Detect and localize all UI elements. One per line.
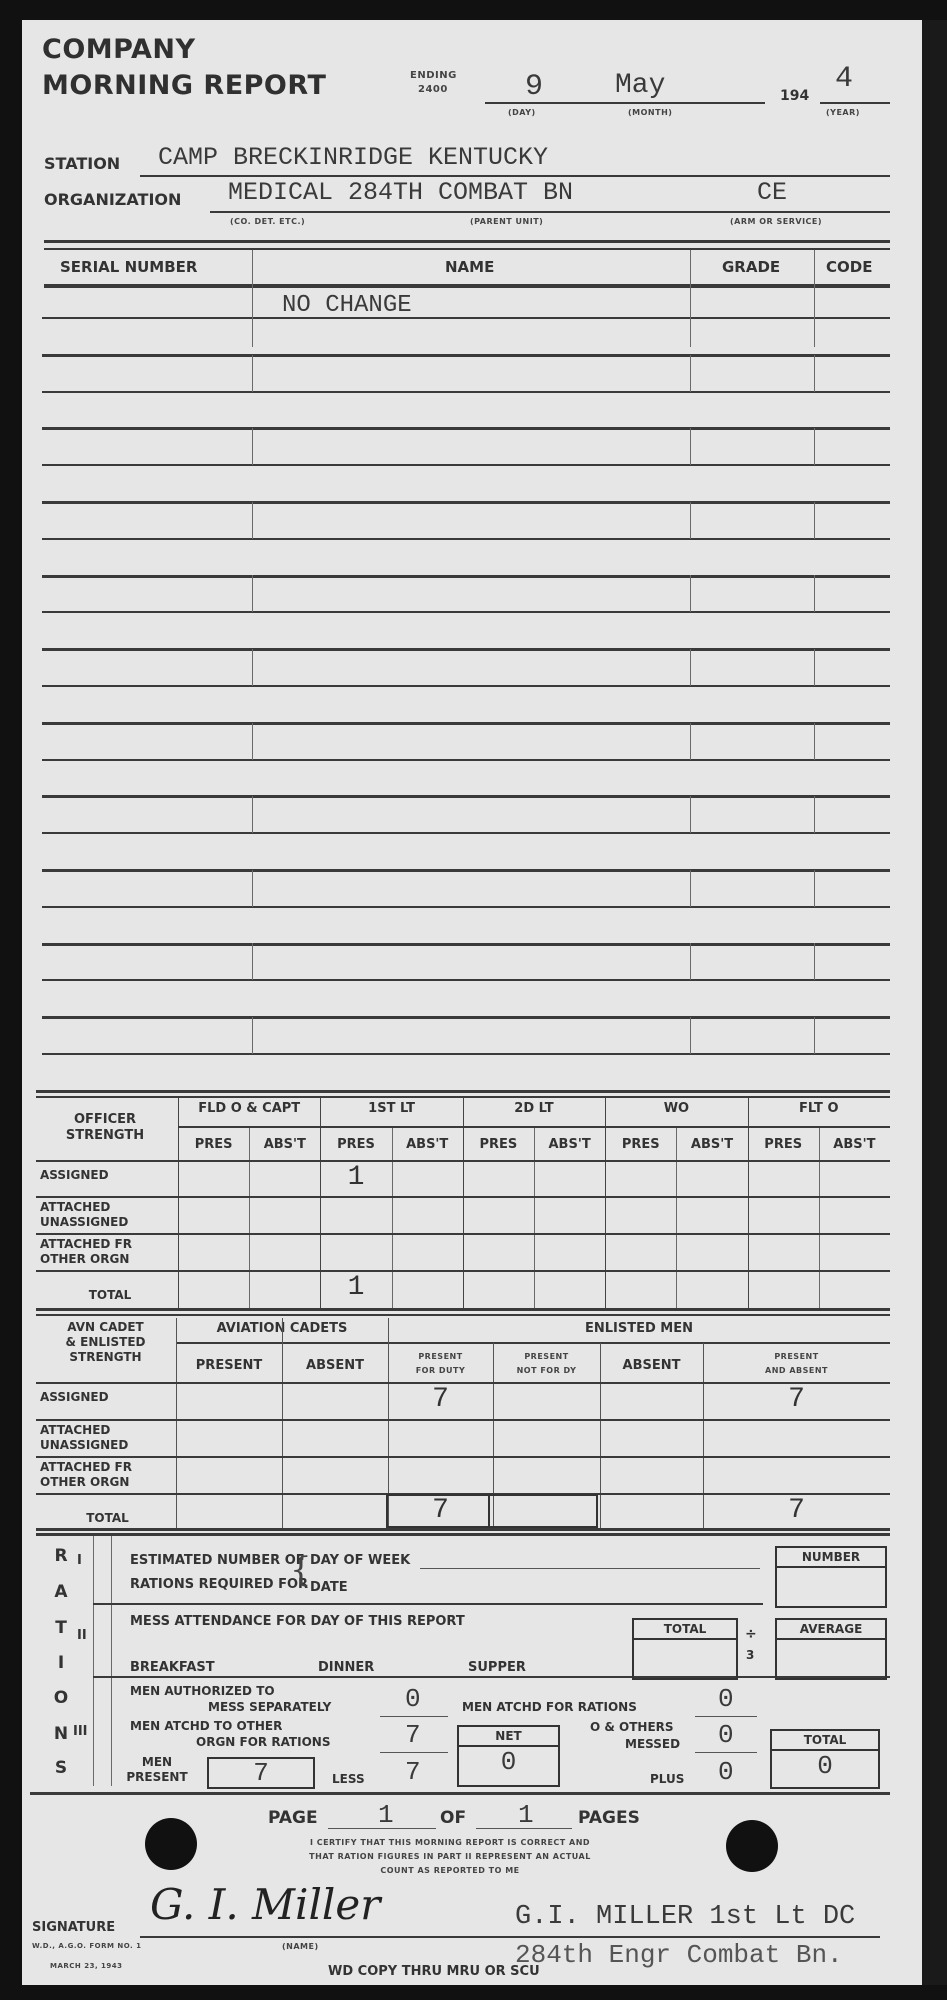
enlisted-col-header: PRESENT	[176, 1358, 282, 1374]
number-box[interactable]: NUMBER	[775, 1546, 887, 1608]
men-atchd-other-value[interactable]: 7	[405, 1720, 421, 1750]
copy-note: WD COPY THRU MRU OR SCU	[328, 1964, 540, 1979]
form-date: MARCH 23, 1943	[50, 1962, 123, 1970]
officer-strength-title: OFFICER STRENGTH	[40, 1112, 170, 1144]
officer-cell[interactable]	[392, 1235, 463, 1269]
header-rule-1	[44, 240, 890, 243]
men-present-2: PRESENT	[112, 1770, 202, 1785]
officer-cell[interactable]	[534, 1198, 605, 1232]
officer-cell[interactable]	[605, 1198, 676, 1232]
punch-hole-right	[726, 1820, 778, 1872]
certify-line-2: THAT RATION FIGURES IN PART II REPRESENT…	[230, 1850, 670, 1864]
net-label: NET	[459, 1727, 558, 1747]
men-auth-1: MEN AUTHORIZED TO	[130, 1684, 275, 1698]
enlisted-col-header: ABSENT	[282, 1358, 388, 1374]
enlisted-men-header: ENLISTED MEN	[388, 1321, 890, 1336]
officer-row-label: ATTACHED FROTHER ORGN	[40, 1237, 180, 1267]
signature-line	[140, 1936, 880, 1938]
men-auth-2: MESS SEPARATELY	[208, 1700, 331, 1714]
station-line	[140, 175, 890, 177]
officer-cell[interactable]	[392, 1162, 463, 1196]
enlisted-row-label: ASSIGNED	[40, 1390, 175, 1405]
officer-cell[interactable]	[320, 1235, 391, 1269]
rations-side-letter: N	[36, 1724, 86, 1744]
officer-cell[interactable]	[819, 1272, 890, 1306]
rations-side-letter: O	[36, 1688, 86, 1708]
roster-row[interactable]	[42, 321, 890, 355]
enlisted-cell[interactable]	[388, 1421, 493, 1455]
total-present-notdy-box	[488, 1494, 598, 1528]
officer-cell[interactable]	[748, 1272, 819, 1306]
roster-row[interactable]	[42, 505, 890, 539]
year-line	[820, 102, 890, 104]
officer-row-label: ATTACHEDUNASSIGNED	[40, 1200, 180, 1230]
officer-cell[interactable]	[748, 1162, 819, 1196]
mess-total-label: TOTAL	[634, 1620, 736, 1640]
part1-text-1: ESTIMATED NUMBER OF	[130, 1553, 305, 1568]
year-caption: (YEAR)	[826, 108, 860, 117]
rations-side-letter: R	[36, 1546, 86, 1566]
roster-row[interactable]	[42, 726, 890, 760]
enlisted-cell[interactable]	[703, 1458, 890, 1492]
roster-row[interactable]	[42, 542, 890, 576]
total-box-value: 0	[772, 1751, 878, 1781]
men-atchd-other-1: MEN ATCHD TO OTHER	[130, 1719, 282, 1733]
page-number[interactable]: 1	[378, 1800, 394, 1830]
officer-cell[interactable]	[534, 1235, 605, 1269]
roster-row[interactable]	[42, 468, 890, 502]
month-caption: (MONTH)	[628, 108, 672, 117]
roster-row[interactable]	[42, 983, 890, 1017]
enlisted-cell[interactable]	[176, 1495, 282, 1529]
supper-label: SUPPER	[468, 1660, 526, 1675]
officer-cell[interactable]	[463, 1198, 534, 1232]
roster-row[interactable]	[42, 689, 890, 723]
date-label: DATE	[310, 1580, 348, 1595]
officer-cell[interactable]	[748, 1198, 819, 1232]
men-auth-line	[380, 1716, 448, 1717]
enlisted-cell[interactable]	[600, 1458, 703, 1492]
officer-cell[interactable]	[320, 1198, 391, 1232]
enlisted-cell[interactable]: 7	[703, 1495, 890, 1529]
officer-cell[interactable]	[534, 1162, 605, 1196]
station-label: STATION	[44, 154, 120, 173]
pages-label: PAGES	[578, 1808, 640, 1828]
year-digit[interactable]: 4	[835, 62, 853, 96]
certification-text: I CERTIFY THAT THIS MORNING REPORT IS CO…	[230, 1836, 670, 1878]
officer-sub-header: PRES	[463, 1137, 534, 1152]
men-atchd-rations-line	[695, 1716, 757, 1717]
part2-title: MESS ATTENDANCE FOR DAY OF THIS REPORT	[130, 1614, 465, 1629]
total-box[interactable]: TOTAL 0	[770, 1729, 880, 1789]
average-box[interactable]: AVERAGE	[775, 1618, 887, 1680]
enlisted-col-header: PRESENTNOT FOR DY	[493, 1350, 600, 1378]
col-name: NAME	[445, 258, 494, 276]
officer-cell[interactable]	[249, 1198, 320, 1232]
certify-line-3: COUNT AS REPORTED TO ME	[230, 1864, 670, 1878]
enlisted-row-label: TOTAL	[40, 1511, 175, 1526]
roster-row[interactable]	[42, 394, 890, 428]
organization-label: ORGANIZATION	[44, 190, 181, 209]
officer-cell[interactable]	[676, 1235, 747, 1269]
part1-rule	[93, 1603, 763, 1605]
o-others-1: O & OTHERS	[590, 1720, 674, 1734]
officer-group-header: FLT O	[748, 1101, 890, 1116]
col-grade: GRADE	[722, 258, 780, 276]
divide-by: 3	[746, 1648, 754, 1662]
officer-cell[interactable]	[178, 1235, 249, 1269]
organization-line	[210, 211, 890, 213]
page-total[interactable]: 1	[518, 1800, 534, 1830]
organization-value[interactable]: MEDICAL 284TH COMBAT BN	[228, 178, 573, 207]
roster-row[interactable]	[42, 615, 890, 649]
enlisted-row-label: ATTACHED FROTHER ORGN	[40, 1460, 175, 1490]
enlisted-cell[interactable]	[282, 1384, 388, 1418]
officer-cell[interactable]	[676, 1198, 747, 1232]
officer-cell[interactable]	[392, 1198, 463, 1232]
day-of-week-line	[420, 1568, 760, 1569]
enlisted-cell[interactable]	[176, 1458, 282, 1492]
men-present-1: MEN	[112, 1755, 202, 1770]
officer-cell[interactable]	[819, 1162, 890, 1196]
less-value[interactable]: 7	[405, 1757, 421, 1787]
co-caption: (CO. DET. ETC.)	[230, 217, 305, 226]
officer-cell[interactable]: 1	[320, 1162, 391, 1196]
officer-top-rule	[36, 1090, 890, 1093]
net-box[interactable]: NET 0	[457, 1725, 560, 1787]
enlisted-col-header: ABSENT	[600, 1358, 703, 1374]
roster-row[interactable]	[42, 358, 890, 392]
officer-cell[interactable]	[605, 1162, 676, 1196]
officer-sub-header: PRES	[748, 1137, 819, 1152]
officer-row-label: ASSIGNED	[40, 1168, 180, 1183]
year-prefix: 194	[780, 88, 809, 104]
roster-row[interactable]	[42, 873, 890, 907]
officer-cell[interactable]	[819, 1235, 890, 1269]
o-others-line	[695, 1752, 757, 1753]
roster-row[interactable]	[42, 284, 890, 318]
roster-header-divider	[252, 250, 253, 286]
officer-group-rule	[178, 1126, 890, 1128]
arm-value[interactable]: CE	[757, 178, 787, 207]
officer-cell[interactable]	[392, 1272, 463, 1306]
officer-cell[interactable]	[463, 1235, 534, 1269]
enlisted-cell[interactable]	[493, 1458, 600, 1492]
officer-sub-header: ABS'T	[676, 1137, 747, 1152]
of-label: OF	[440, 1808, 466, 1828]
rations-top-rule	[36, 1533, 890, 1536]
day-caption: (DAY)	[508, 108, 536, 117]
officer-cell[interactable]	[534, 1272, 605, 1306]
officer-cell[interactable]: 1	[320, 1272, 391, 1306]
divide-icon: ÷	[745, 1626, 757, 1642]
day-of-week-label: DAY OF WEEK	[310, 1553, 410, 1568]
officer-cell[interactable]	[249, 1235, 320, 1269]
rations-divider-1	[93, 1536, 94, 1786]
total-present-duty-box	[386, 1494, 490, 1528]
enlisted-cell[interactable]	[176, 1384, 282, 1418]
roster-row[interactable]	[42, 578, 890, 612]
enlisted-cell[interactable]	[703, 1421, 890, 1455]
roster-header-divider	[690, 250, 691, 286]
roster-row[interactable]	[42, 652, 890, 686]
men-atchd-rations-value[interactable]: 0	[718, 1684, 734, 1714]
enlisted-cell[interactable]: 7	[703, 1384, 890, 1418]
typed-name[interactable]: G.I. MILLER 1st Lt DC	[515, 1902, 855, 1932]
men-atchd-rations-label: MEN ATCHD FOR RATIONS	[462, 1700, 637, 1714]
typed-unit[interactable]: 284th Engr Combat Bn.	[515, 1940, 843, 1970]
o-others-2: MESSED	[625, 1737, 680, 1751]
enlisted-row-label: ATTACHEDUNASSIGNED	[40, 1423, 175, 1453]
parent-caption: (PARENT UNIT)	[470, 217, 543, 226]
enlisted-cell[interactable]	[493, 1421, 600, 1455]
enlisted-cell[interactable]	[600, 1421, 703, 1455]
roster-row[interactable]	[42, 799, 890, 833]
officer-row-rule	[36, 1308, 890, 1311]
rations-side-letter: I	[36, 1653, 86, 1673]
roster-row[interactable]	[42, 762, 890, 796]
rations-divider-2	[111, 1536, 112, 1786]
officer-cell[interactable]	[249, 1272, 320, 1306]
officer-sub-header: PRES	[605, 1137, 676, 1152]
officer-cell[interactable]	[463, 1162, 534, 1196]
arm-caption: (ARM OR SERVICE)	[730, 217, 822, 226]
enlisted-cell[interactable]	[600, 1384, 703, 1418]
officer-sub-header: PRES	[320, 1137, 391, 1152]
officer-cell[interactable]	[463, 1272, 534, 1306]
roster-row[interactable]	[42, 836, 890, 870]
part2-rule	[93, 1676, 890, 1678]
total-box-label: TOTAL	[772, 1731, 878, 1751]
o-others-value[interactable]: 0	[718, 1720, 734, 1750]
rations-bottom-rule	[30, 1792, 890, 1795]
roster-col-divider	[690, 1017, 691, 1054]
officer-bottom-rule-2	[36, 1314, 890, 1316]
scan-border	[922, 20, 947, 1985]
net-value: 0	[459, 1747, 558, 1777]
breakfast-label: BREAKFAST	[130, 1660, 215, 1675]
roster-col-divider	[252, 1017, 253, 1054]
officer-cell[interactable]	[178, 1162, 249, 1196]
officer-sub-header: ABS'T	[249, 1137, 320, 1152]
brace-icon: {	[290, 1550, 312, 1590]
average-label: AVERAGE	[777, 1620, 885, 1640]
enlisted-strength-title: AVN CADET& ENLISTEDSTRENGTH	[38, 1320, 173, 1365]
officer-cell[interactable]	[605, 1272, 676, 1306]
officer-group-header: 1ST LT	[320, 1101, 462, 1116]
page-label: PAGE	[268, 1808, 318, 1828]
officer-cell[interactable]	[676, 1162, 747, 1196]
enlisted-cell[interactable]	[282, 1495, 388, 1529]
officer-sub-header: PRES	[178, 1137, 249, 1152]
certify-line-1: I CERTIFY THAT THIS MORNING REPORT IS CO…	[230, 1836, 670, 1850]
men-auth-value[interactable]: 0	[405, 1684, 421, 1714]
officer-cell[interactable]	[605, 1235, 676, 1269]
officer-cell[interactable]	[249, 1162, 320, 1196]
enlisted-cell[interactable]	[388, 1458, 493, 1492]
punch-hole-left	[145, 1818, 197, 1870]
rations-side-letter: A	[36, 1582, 86, 1602]
signature-label: SIGNATURE	[32, 1920, 115, 1935]
officer-cell[interactable]	[819, 1198, 890, 1232]
men-atchd-other-2: ORGN FOR RATIONS	[196, 1735, 330, 1749]
roster-row[interactable]	[42, 910, 890, 944]
dinner-label: DINNER	[318, 1660, 374, 1675]
enlisted-col-header: PRESENTFOR DUTY	[388, 1350, 493, 1378]
col-code: CODE	[826, 258, 872, 276]
officer-cell[interactable]	[676, 1272, 747, 1306]
men-present-box[interactable]: 7	[207, 1757, 315, 1789]
officer-sub-header: ABS'T	[534, 1137, 605, 1152]
officer-group-header: WO	[605, 1101, 747, 1116]
form-title-company: COMPANY	[42, 34, 196, 65]
ending-time: 2400	[418, 84, 448, 95]
roster-row-line	[42, 1053, 890, 1055]
rations-side-letter: S	[36, 1758, 86, 1778]
plus-label: PLUS	[650, 1772, 684, 1786]
officer-title-line2: STRENGTH	[40, 1128, 170, 1144]
enlisted-cell[interactable]	[282, 1421, 388, 1455]
officer-title-line1: OFFICER	[40, 1112, 170, 1128]
enlisted-cell[interactable]	[176, 1421, 282, 1455]
part1-text-2: RATIONS REQUIRED FOR	[130, 1577, 308, 1592]
station-value[interactable]: CAMP BRECKINRIDGE KENTUCKY	[158, 143, 548, 172]
roster-header-divider	[814, 250, 815, 286]
less-label: LESS	[332, 1772, 365, 1786]
officer-group-header: FLD O & CAPT	[178, 1101, 320, 1116]
form-title-morning-report: MORNING REPORT	[42, 70, 326, 101]
enlisted-cell[interactable]: 7	[388, 1384, 493, 1418]
day-value[interactable]: 9	[525, 70, 543, 104]
handwritten-signature[interactable]: G. I. Miller	[150, 1880, 380, 1929]
officer-cell[interactable]	[178, 1198, 249, 1232]
mess-total-box[interactable]: TOTAL	[632, 1618, 738, 1680]
officer-cell[interactable]	[178, 1272, 249, 1306]
enlisted-cell[interactable]	[600, 1495, 703, 1529]
men-atchd-other-line	[380, 1752, 448, 1753]
officer-group-header: 2D LT	[463, 1101, 605, 1116]
roster-row[interactable]	[42, 946, 890, 980]
rations-side-letter: T	[36, 1618, 86, 1638]
officer-row-label: TOTAL	[40, 1288, 180, 1303]
enlisted-col-header: PRESENTAND ABSENT	[703, 1350, 890, 1378]
plus-value[interactable]: 0	[718, 1757, 734, 1787]
enlisted-cell[interactable]	[282, 1458, 388, 1492]
enlisted-group-rule	[176, 1342, 890, 1344]
month-value[interactable]: May	[615, 70, 665, 101]
officer-cell[interactable]	[748, 1235, 819, 1269]
name-caption: (NAME)	[282, 1942, 319, 1951]
officer-sub-header: ABS'T	[392, 1137, 463, 1152]
enlisted-cell[interactable]	[493, 1384, 600, 1418]
men-present-label: MEN PRESENT	[112, 1755, 202, 1785]
ending-label: ENDING	[410, 70, 457, 81]
form-number: W.D., A.G.O. FORM NO. 1	[32, 1942, 142, 1950]
roster-col-divider	[814, 1017, 815, 1054]
col-serial-number: SERIAL NUMBER	[60, 258, 197, 276]
header-rule-2	[44, 248, 890, 250]
roster-row[interactable]	[42, 431, 890, 465]
men-present-value: 7	[209, 1759, 313, 1787]
officer-sub-header: ABS'T	[819, 1137, 890, 1152]
number-box-label: NUMBER	[777, 1548, 885, 1568]
